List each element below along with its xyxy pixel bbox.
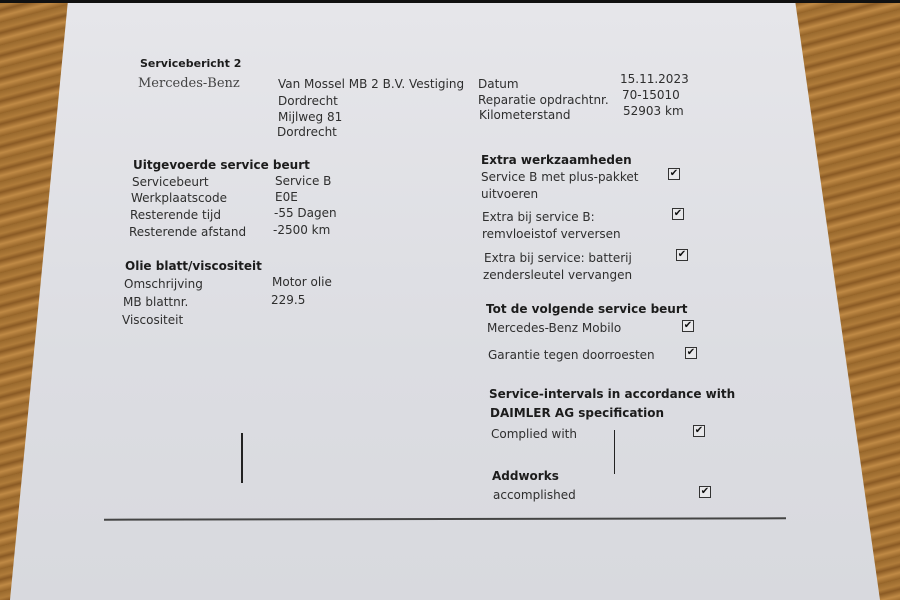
addworks-heading: Addworks [492, 469, 559, 483]
workshop-code-value: E0E [275, 190, 298, 204]
photo-top-border [0, 0, 900, 3]
mobilo-checkbox[interactable]: ✔ [682, 320, 694, 332]
pen-mark-right [614, 430, 615, 474]
brand-logo: Mercedes-Benz [138, 76, 240, 91]
extra-item-3-line2: zendersleutel vervangen [483, 268, 632, 282]
meta-value-date: 15.11.2023 [620, 72, 689, 86]
dealer-street: Mijlweg 81 [278, 110, 342, 124]
dealer-city-2: Dordrecht [277, 125, 337, 139]
pen-mark-left [241, 433, 243, 483]
dealer-city: Dordrecht [278, 94, 338, 108]
service-report: Servicebericht 2 Mercedes-Benz Van Mosse… [0, 0, 900, 600]
complied-label: Complied with [491, 427, 577, 441]
rust-warranty-label: Garantie tegen doorroesten [488, 348, 655, 362]
document-title: Servicebericht 2 [140, 57, 241, 70]
meta-value-order: 70-15010 [622, 88, 680, 102]
remaining-time-value: -55 Dagen [274, 206, 337, 220]
mb-sheet-value: 229.5 [271, 293, 305, 307]
workshop-code-label: Werkplaatscode [131, 191, 227, 205]
extra-item-3-line1: Extra bij service: batterij [484, 251, 632, 265]
oil-heading: Olie blatt/viscositeit [125, 259, 262, 273]
remaining-distance-label: Resterende afstand [129, 225, 246, 239]
viscosity-label: Viscositeit [122, 313, 183, 327]
accomplished-checkbox[interactable]: ✔ [699, 486, 711, 498]
next-service-heading: Tot de volgende service beurt [486, 302, 688, 316]
intervals-heading-1: Service-intervals in accordance with [489, 387, 735, 401]
complied-checkbox[interactable]: ✔ [693, 425, 705, 437]
extra-item-2-line2: remvloeistof verversen [482, 227, 621, 241]
meta-label-order: Reparatie opdrachtnr. [478, 93, 609, 107]
accomplished-label: accomplished [493, 488, 576, 502]
remaining-distance-value: -2500 km [273, 223, 330, 237]
remaining-time-label: Resterende tijd [130, 208, 221, 222]
meta-label-date: Datum [478, 77, 519, 91]
dealer-name: Van Mossel MB 2 B.V. Vestiging [278, 77, 464, 91]
extra-item-1-line1: Service B met plus-pakket [481, 170, 638, 184]
extra-item-1-line2: uitvoeren [481, 187, 538, 201]
extra-item-2-line1: Extra bij service B: [482, 210, 595, 224]
meta-label-mileage: Kilometerstand [479, 108, 571, 122]
extra-item-2-checkbox[interactable]: ✔ [672, 208, 684, 220]
meta-value-mileage: 52903 km [623, 104, 684, 118]
mobilo-label: Mercedes-Benz Mobilo [487, 321, 621, 335]
oil-description-label: Omschrijving [124, 277, 203, 291]
horizontal-divider [104, 517, 786, 520]
extra-item-1-checkbox[interactable]: ✔ [668, 168, 680, 180]
service-heading: Uitgevoerde service beurt [133, 158, 310, 172]
service-label: Servicebeurt [132, 175, 209, 189]
oil-description-value: Motor olie [272, 275, 332, 289]
extra-item-3-checkbox[interactable]: ✔ [676, 249, 688, 261]
mb-sheet-label: MB blattnr. [123, 295, 188, 309]
extra-heading: Extra werkzaamheden [481, 153, 632, 167]
service-value: Service B [275, 174, 331, 188]
intervals-heading-2: DAIMLER AG specification [490, 406, 664, 420]
rust-warranty-checkbox[interactable]: ✔ [685, 347, 697, 359]
